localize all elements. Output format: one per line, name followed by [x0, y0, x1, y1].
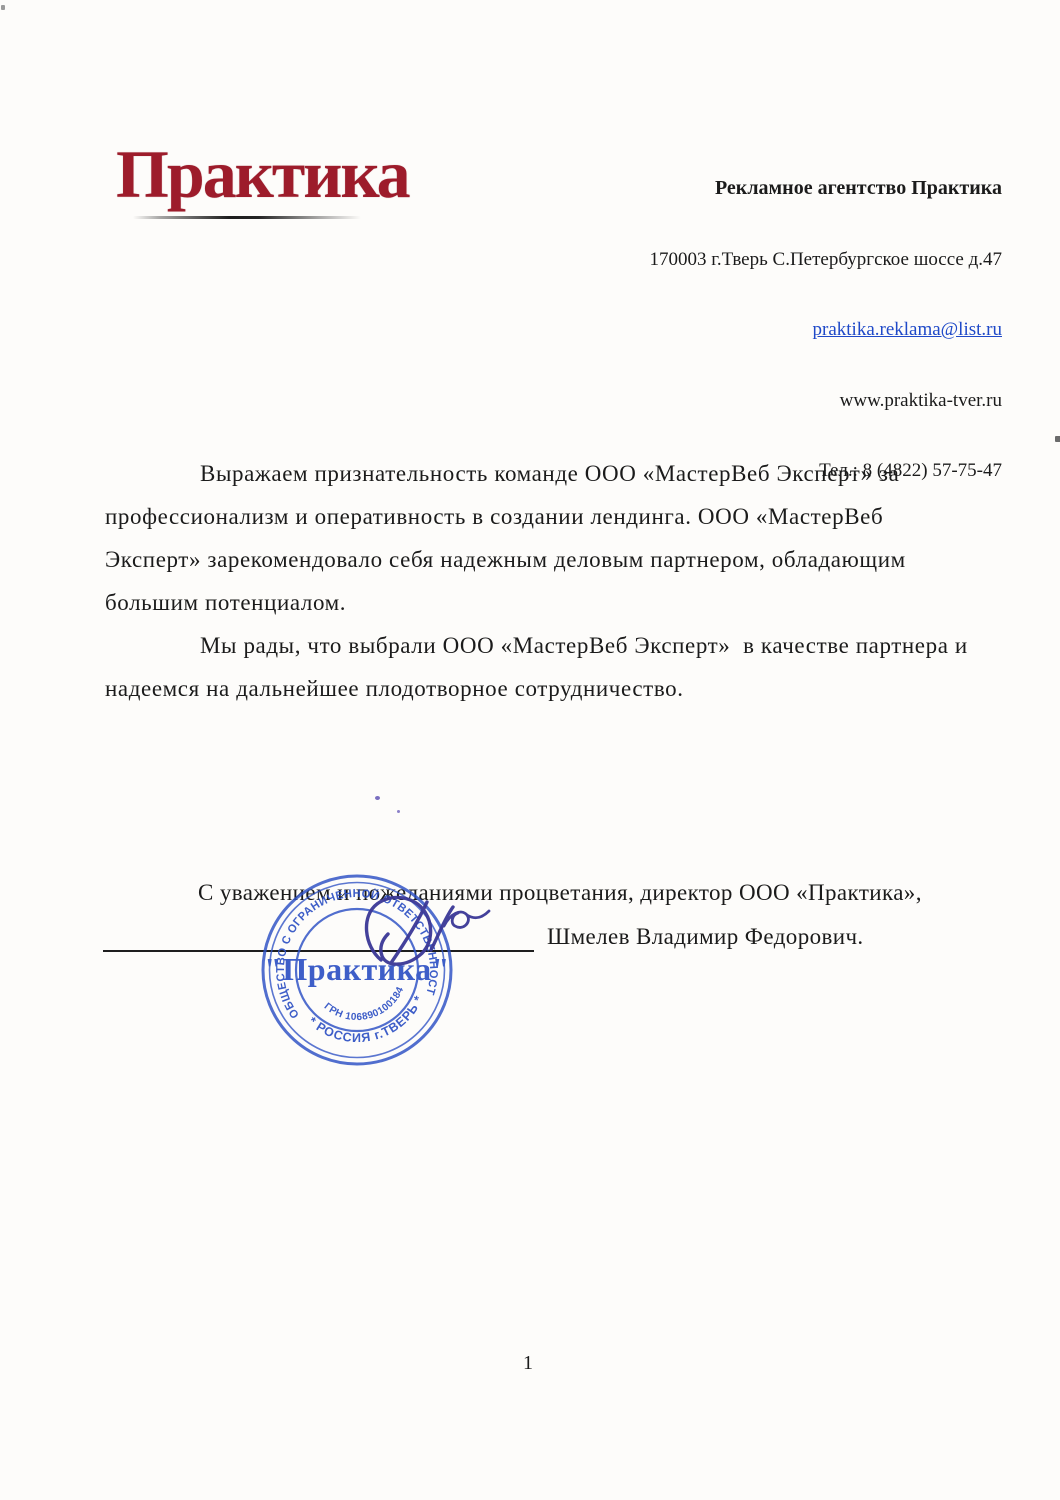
logo-underline-rule: [133, 216, 361, 219]
body-line: надеемся на дальнейшее плодотворное сотр…: [105, 667, 955, 710]
body-line: Мы рады, что выбрали ООО «МастерВеб Эксп…: [105, 624, 955, 667]
scan-speck: [375, 796, 380, 800]
letter-body: Выражаем признательность команде ООО «Ма…: [105, 452, 955, 710]
director-signature: [330, 882, 510, 982]
scanned-letter-page: Практика Рекламное агентство Практика 17…: [0, 0, 1060, 1500]
page-number: 1: [508, 1352, 548, 1375]
address-line: 170003 г.Тверь С.Петербургское шоссе д.4…: [650, 248, 1002, 272]
body-line: большим потенциалом.: [105, 581, 955, 624]
website-line: www.praktika-tver.ru: [650, 389, 1002, 413]
scan-speck: [1, 5, 5, 10]
body-line: Выражаем признательность команде ООО «Ма…: [105, 452, 955, 495]
email-link: praktika.reklama@list.ru: [650, 318, 1002, 342]
scan-speck: [397, 810, 400, 813]
company-logo-text: Практика: [116, 140, 409, 208]
scan-speck: [1055, 436, 1060, 442]
signature-stroke: [431, 907, 453, 950]
signer-name: Шмелев Владимир Федорович.: [547, 915, 864, 958]
body-line: Эксперт» зарекомендовало себя надежным д…: [105, 538, 955, 581]
agency-name-line: Рекламное агентство Практика: [650, 177, 1002, 201]
body-line: профессионализм и оперативность в создан…: [105, 495, 955, 538]
